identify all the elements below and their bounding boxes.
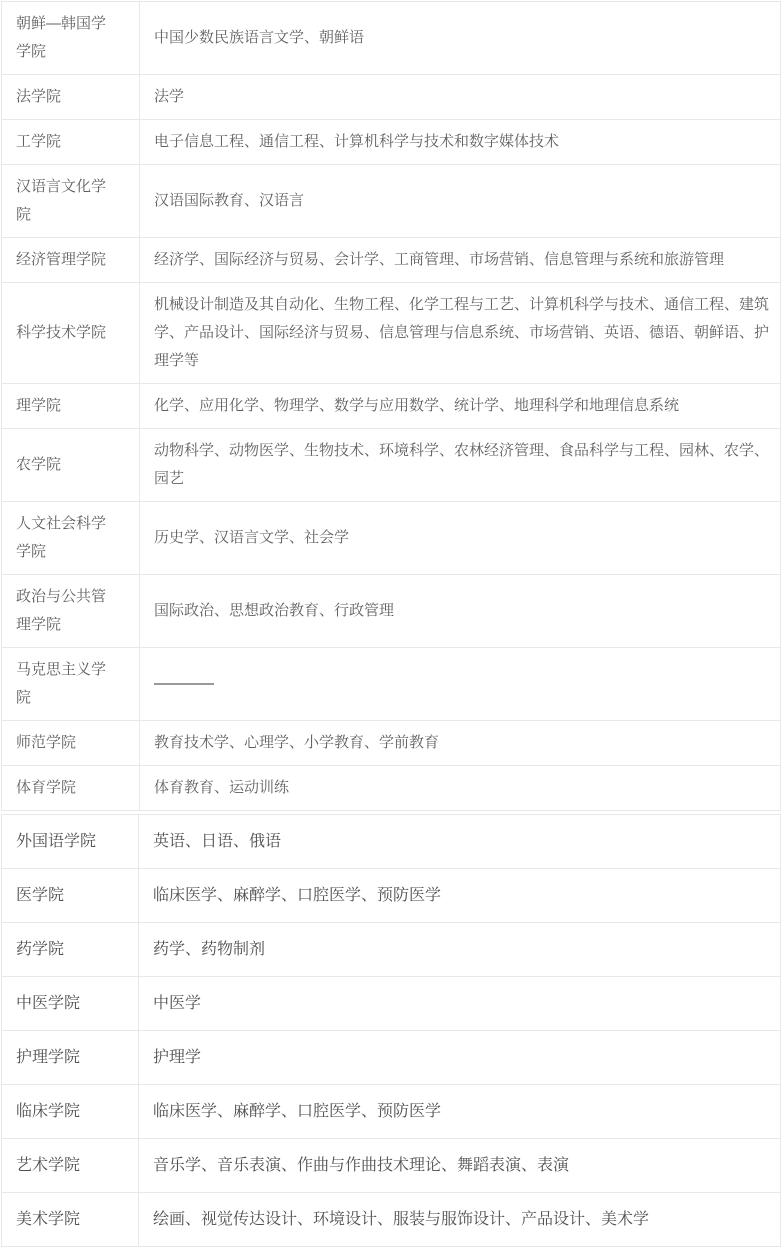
majors-list: 化学、应用化学、物理学、数学与应用数学、统计学、地理科学和地理信息系统 — [140, 384, 781, 429]
college-name: 医学院 — [2, 869, 139, 923]
majors-list: 汉语国际教育、汉语言 — [140, 165, 781, 238]
majors-list: 临床医学、麻醉学、口腔医学、预防医学 — [139, 869, 781, 923]
table-row: 马克思主义学院 ———— — [2, 648, 781, 721]
college-name: 理学院 — [2, 384, 140, 429]
colleges-majors-page: 朝鲜—韩国学学院 中国少数民族语言文学、朝鲜语 法学院 法学 工学院 电子信息工… — [0, 0, 784, 1248]
majors-list-empty-dash: ———— — [140, 648, 781, 721]
table-row: 艺术学院 音乐学、音乐表演、作曲与作曲技术理论、舞蹈表演、表演 — [2, 1139, 781, 1193]
table-row: 工学院 电子信息工程、通信工程、计算机科学与技术和数字媒体技术 — [2, 120, 781, 165]
college-name: 临床学院 — [2, 1085, 139, 1139]
college-name: 朝鲜—韩国学学院 — [2, 2, 140, 75]
table-row: 临床学院 临床医学、麻醉学、口腔医学、预防医学 — [2, 1085, 781, 1139]
college-name: 人文社会科学学院 — [2, 502, 140, 575]
majors-list: 音乐学、音乐表演、作曲与作曲技术理论、舞蹈表演、表演 — [139, 1139, 781, 1193]
majors-list: 体育教育、运动训练 — [140, 766, 781, 811]
table-row: 人文社会科学学院 历史学、汉语言文学、社会学 — [2, 502, 781, 575]
table-row: 中医学院 中医学 — [2, 977, 781, 1031]
table-row: 农学院 动物科学、动物医学、生物技术、环境科学、农林经济管理、食品科学与工程、园… — [2, 429, 781, 502]
table-row: 护理学院 护理学 — [2, 1031, 781, 1085]
table-row: 经济管理学院 经济学、国际经济与贸易、会计学、工商管理、市场营销、信息管理与系统… — [2, 238, 781, 283]
colleges-majors-table-lower: 外国语学院 英语、日语、俄语 医学院 临床医学、麻醉学、口腔医学、预防医学 药学… — [1, 814, 781, 1247]
table-row: 体育学院 体育教育、运动训练 — [2, 766, 781, 811]
college-name: 马克思主义学院 — [2, 648, 140, 721]
college-name: 科学技术学院 — [2, 283, 140, 384]
majors-list: 历史学、汉语言文学、社会学 — [140, 502, 781, 575]
majors-list: 中国少数民族语言文学、朝鲜语 — [140, 2, 781, 75]
college-name: 艺术学院 — [2, 1139, 139, 1193]
table-row: 朝鲜—韩国学学院 中国少数民族语言文学、朝鲜语 — [2, 2, 781, 75]
college-name: 美术学院 — [2, 1193, 139, 1247]
table-row: 法学院 法学 — [2, 75, 781, 120]
majors-list: 教育技术学、心理学、小学教育、学前教育 — [140, 721, 781, 766]
college-name: 农学院 — [2, 429, 140, 502]
table-row: 药学院 药学、药物制剂 — [2, 923, 781, 977]
table-row: 师范学院 教育技术学、心理学、小学教育、学前教育 — [2, 721, 781, 766]
college-name: 汉语言文化学院 — [2, 165, 140, 238]
majors-list: 英语、日语、俄语 — [139, 815, 781, 869]
table-row: 医学院 临床医学、麻醉学、口腔医学、预防医学 — [2, 869, 781, 923]
majors-list: 机械设计制造及其自动化、生物工程、化学工程与工艺、计算机科学与技术、通信工程、建… — [140, 283, 781, 384]
college-name: 工学院 — [2, 120, 140, 165]
college-name: 师范学院 — [2, 721, 140, 766]
college-name: 护理学院 — [2, 1031, 139, 1085]
majors-list: 中医学 — [139, 977, 781, 1031]
majors-list: 临床医学、麻醉学、口腔医学、预防医学 — [139, 1085, 781, 1139]
college-name: 中医学院 — [2, 977, 139, 1031]
college-name: 经济管理学院 — [2, 238, 140, 283]
majors-list: 法学 — [140, 75, 781, 120]
majors-list: 护理学 — [139, 1031, 781, 1085]
college-name: 政治与公共管理学院 — [2, 575, 140, 648]
college-name: 体育学院 — [2, 766, 140, 811]
college-name: 药学院 — [2, 923, 139, 977]
majors-list: 绘画、视觉传达设计、环境设计、服装与服饰设计、产品设计、美术学 — [139, 1193, 781, 1247]
college-name: 法学院 — [2, 75, 140, 120]
majors-list: 国际政治、思想政治教育、行政管理 — [140, 575, 781, 648]
table-row: 政治与公共管理学院 国际政治、思想政治教育、行政管理 — [2, 575, 781, 648]
table-row: 汉语言文化学院 汉语国际教育、汉语言 — [2, 165, 781, 238]
table-row: 科学技术学院 机械设计制造及其自动化、生物工程、化学工程与工艺、计算机科学与技术… — [2, 283, 781, 384]
college-name: 外国语学院 — [2, 815, 139, 869]
majors-list: 药学、药物制剂 — [139, 923, 781, 977]
table-row: 美术学院 绘画、视觉传达设计、环境设计、服装与服饰设计、产品设计、美术学 — [2, 1193, 781, 1247]
majors-list: 电子信息工程、通信工程、计算机科学与技术和数字媒体技术 — [140, 120, 781, 165]
table-row: 外国语学院 英语、日语、俄语 — [2, 815, 781, 869]
majors-list: 经济学、国际经济与贸易、会计学、工商管理、市场营销、信息管理与系统和旅游管理 — [140, 238, 781, 283]
table-row: 理学院 化学、应用化学、物理学、数学与应用数学、统计学、地理科学和地理信息系统 — [2, 384, 781, 429]
colleges-majors-table-upper: 朝鲜—韩国学学院 中国少数民族语言文学、朝鲜语 法学院 法学 工学院 电子信息工… — [1, 1, 781, 811]
majors-list: 动物科学、动物医学、生物技术、环境科学、农林经济管理、食品科学与工程、园林、农学… — [140, 429, 781, 502]
